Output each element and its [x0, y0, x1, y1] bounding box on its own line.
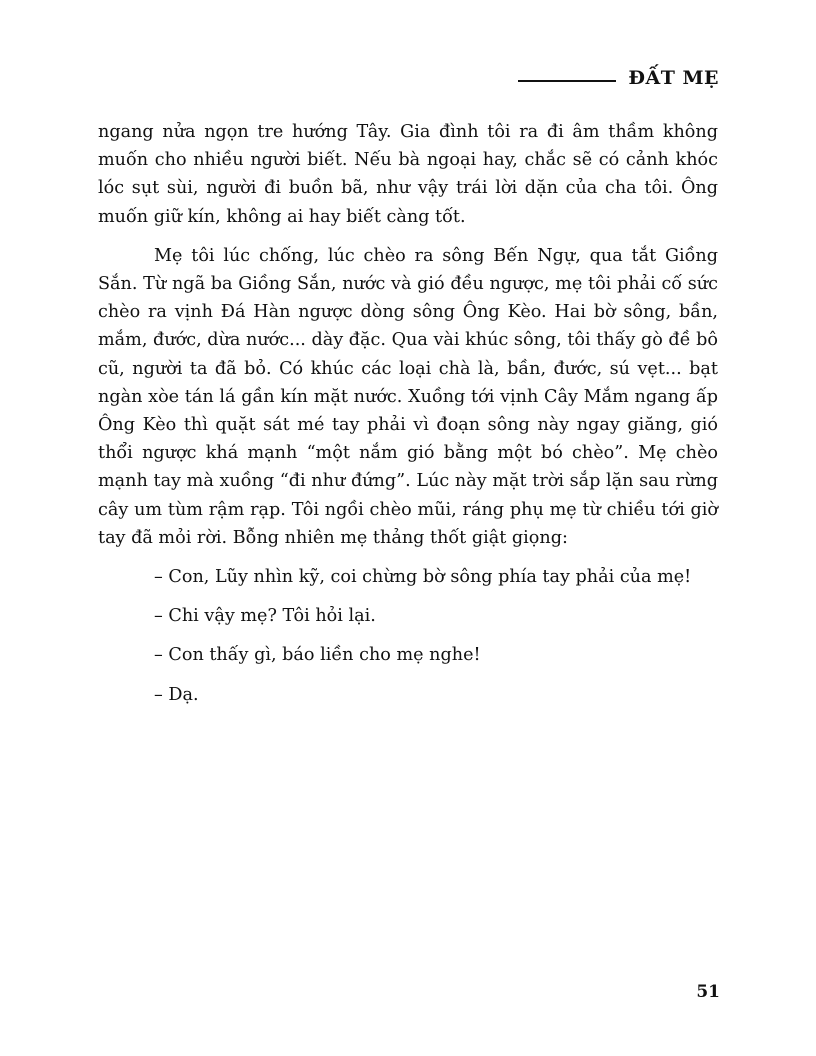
dialogue-line: – Chi vậy mẹ? Tôi hỏi lại. [98, 602, 718, 630]
running-header: ĐẤT MẸ [497, 58, 719, 88]
header-rule [518, 80, 616, 82]
dialogue-line: – Con thấy gì, báo liền cho mẹ nghe! [98, 641, 718, 669]
chapter-title: ĐẤT MẸ [628, 69, 719, 88]
paragraph: Mẹ tôi lúc chống, lúc chèo ra sông Bến N… [98, 242, 718, 552]
page-body: ngang nửa ngọn tre hướng Tây. Gia đình t… [98, 118, 718, 709]
dialogue-line: – Dạ. [98, 681, 718, 709]
dialogue-line: – Con, Lũy nhìn kỹ, coi chừng bờ sông ph… [98, 563, 718, 591]
page-number: 51 [690, 982, 720, 1002]
paragraph-continued: ngang nửa ngọn tre hướng Tây. Gia đình t… [98, 118, 718, 231]
